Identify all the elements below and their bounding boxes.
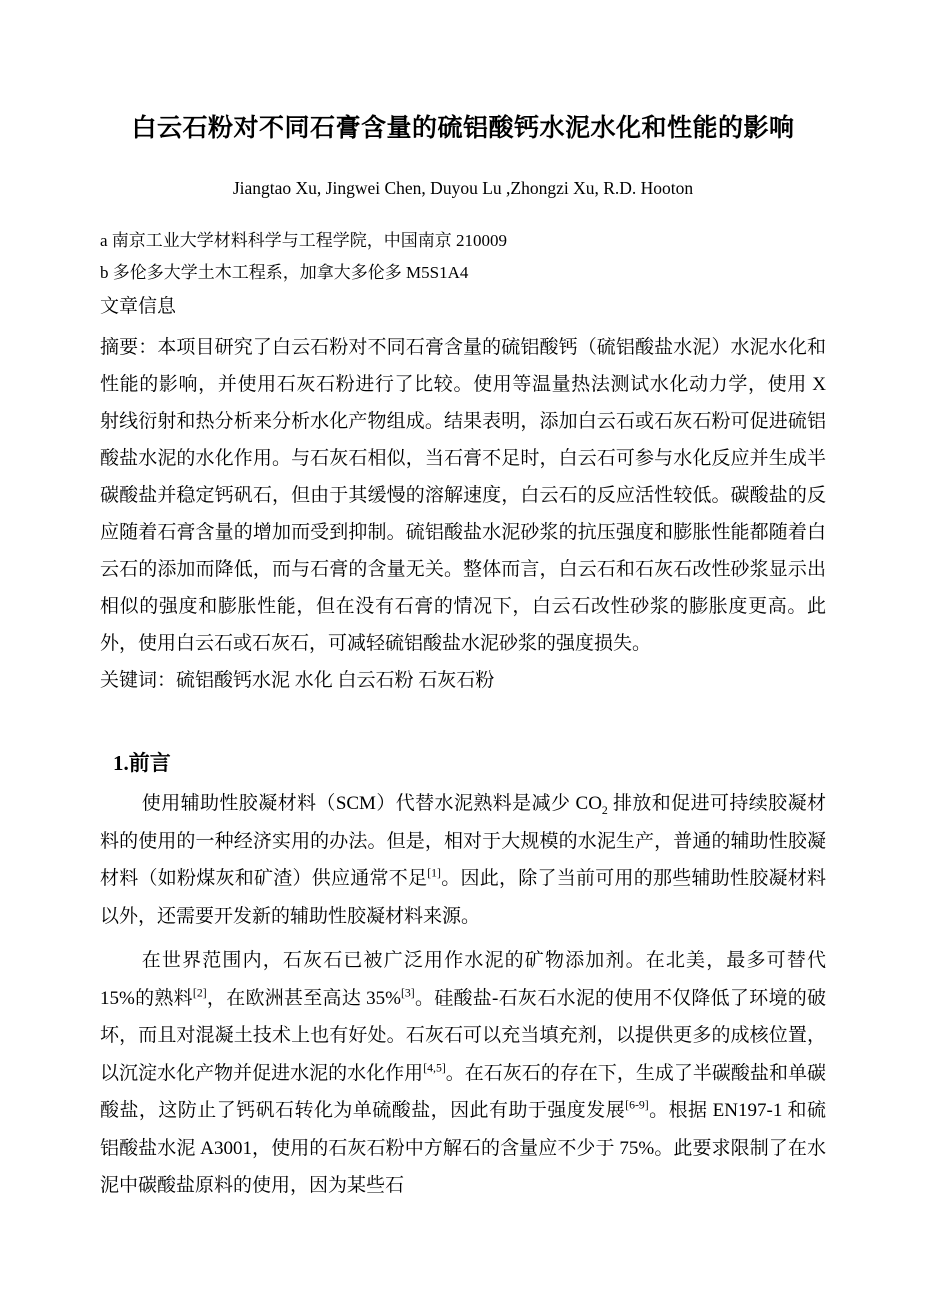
article-info-label: 文章信息 bbox=[100, 291, 826, 323]
abstract-paragraph: 摘要：本项目研究了白云石粉对不同石膏含量的硫铝酸钙（硫铝酸盐水泥）水泥水化和性能… bbox=[100, 329, 826, 662]
document-page: 白云石粉对不同石膏含量的硫铝酸钙水泥水化和性能的影响 Jiangtao Xu, … bbox=[0, 0, 926, 1309]
section-1-heading: 1.前言 bbox=[100, 748, 826, 778]
keywords-line: 关键词：硫铝酸钙水泥 水化 白云石粉 石灰石粉 bbox=[100, 662, 826, 699]
authors-line: Jiangtao Xu, Jingwei Chen, Duyou Lu ,Zho… bbox=[100, 178, 826, 199]
intro-paragraph-2: 在世界范围内，石灰石已被广泛用作水泥的矿物添加剂。在北美，最多可替代 15%的熟… bbox=[100, 935, 826, 1205]
intro-paragraph-1: 使用辅助性胶凝材料（SCM）代替水泥熟料是减少 CO2 排放和促进可持续胶凝材料… bbox=[100, 778, 826, 935]
affiliations-block: a 南京工业大学材料科学与工程学院，中国南京 210009 b 多伦多大学土木工… bbox=[100, 225, 826, 289]
paper-title: 白云石粉对不同石膏含量的硫铝酸钙水泥水化和性能的影响 bbox=[100, 0, 826, 146]
page-content: 白云石粉对不同石膏含量的硫铝酸钙水泥水化和性能的影响 Jiangtao Xu, … bbox=[0, 0, 926, 1205]
affiliation-a: a 南京工业大学材料科学与工程学院，中国南京 210009 bbox=[100, 225, 826, 257]
affiliation-b: b 多伦多大学土木工程系，加拿大多伦多 M5S1A4 bbox=[100, 257, 826, 289]
